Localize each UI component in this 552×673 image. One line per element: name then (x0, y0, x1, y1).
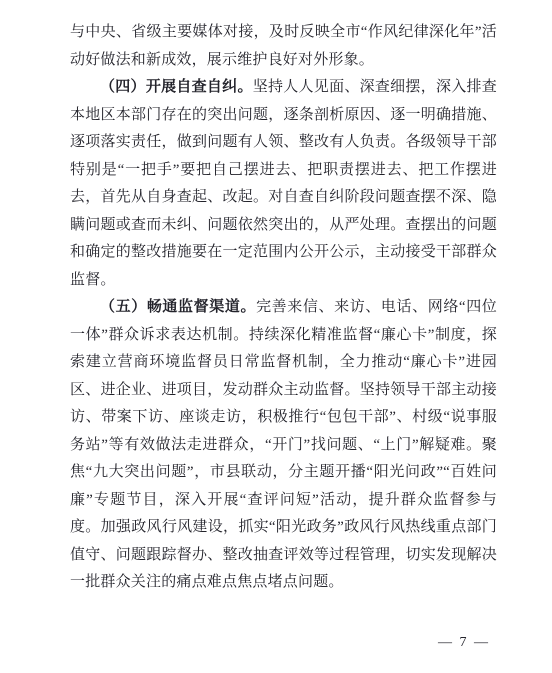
document-page: 与中央、省级主要媒体对接，及时反映全市“作风纪律深化年”活动好做法和新成效，展示… (0, 0, 552, 673)
paragraph-continuation: 与中央、省级主要媒体对接，及时反映全市“作风纪律深化年”活动好做法和新成效，展示… (70, 19, 497, 74)
paragraph-text: 与中央、省级主要媒体对接，及时反映全市“作风纪律深化年”活动好做法和新成效，展示… (70, 24, 497, 68)
paragraph-section-5: （五）畅通监督渠道。完善来信、来访、电话、网络“四位一体”群众诉求表达机制。持续… (70, 294, 497, 597)
paragraph-section-4: （四）开展自查自纠。坚持人人见面、深查细摆，深入排查本地区本部门存在的突出问题，… (70, 74, 497, 294)
page-number: — 7 — (438, 635, 490, 651)
section-4-heading: （四）开展自查自纠。 (100, 79, 253, 95)
document-body: 与中央、省级主要媒体对接，及时反映全市“作风纪律深化年”活动好做法和新成效，展示… (70, 19, 497, 597)
section-5-heading: （五）畅通监督渠道。 (100, 299, 256, 315)
paragraph-text: 完善来信、来访、电话、网络“四位一体”群众诉求表达机制。持续深化精准监督“廉心卡… (70, 299, 497, 590)
paragraph-text: 坚持人人见面、深查细摆，深入排查本地区本部门存在的突出问题，逐条剖析原因、逐一明… (70, 79, 497, 288)
